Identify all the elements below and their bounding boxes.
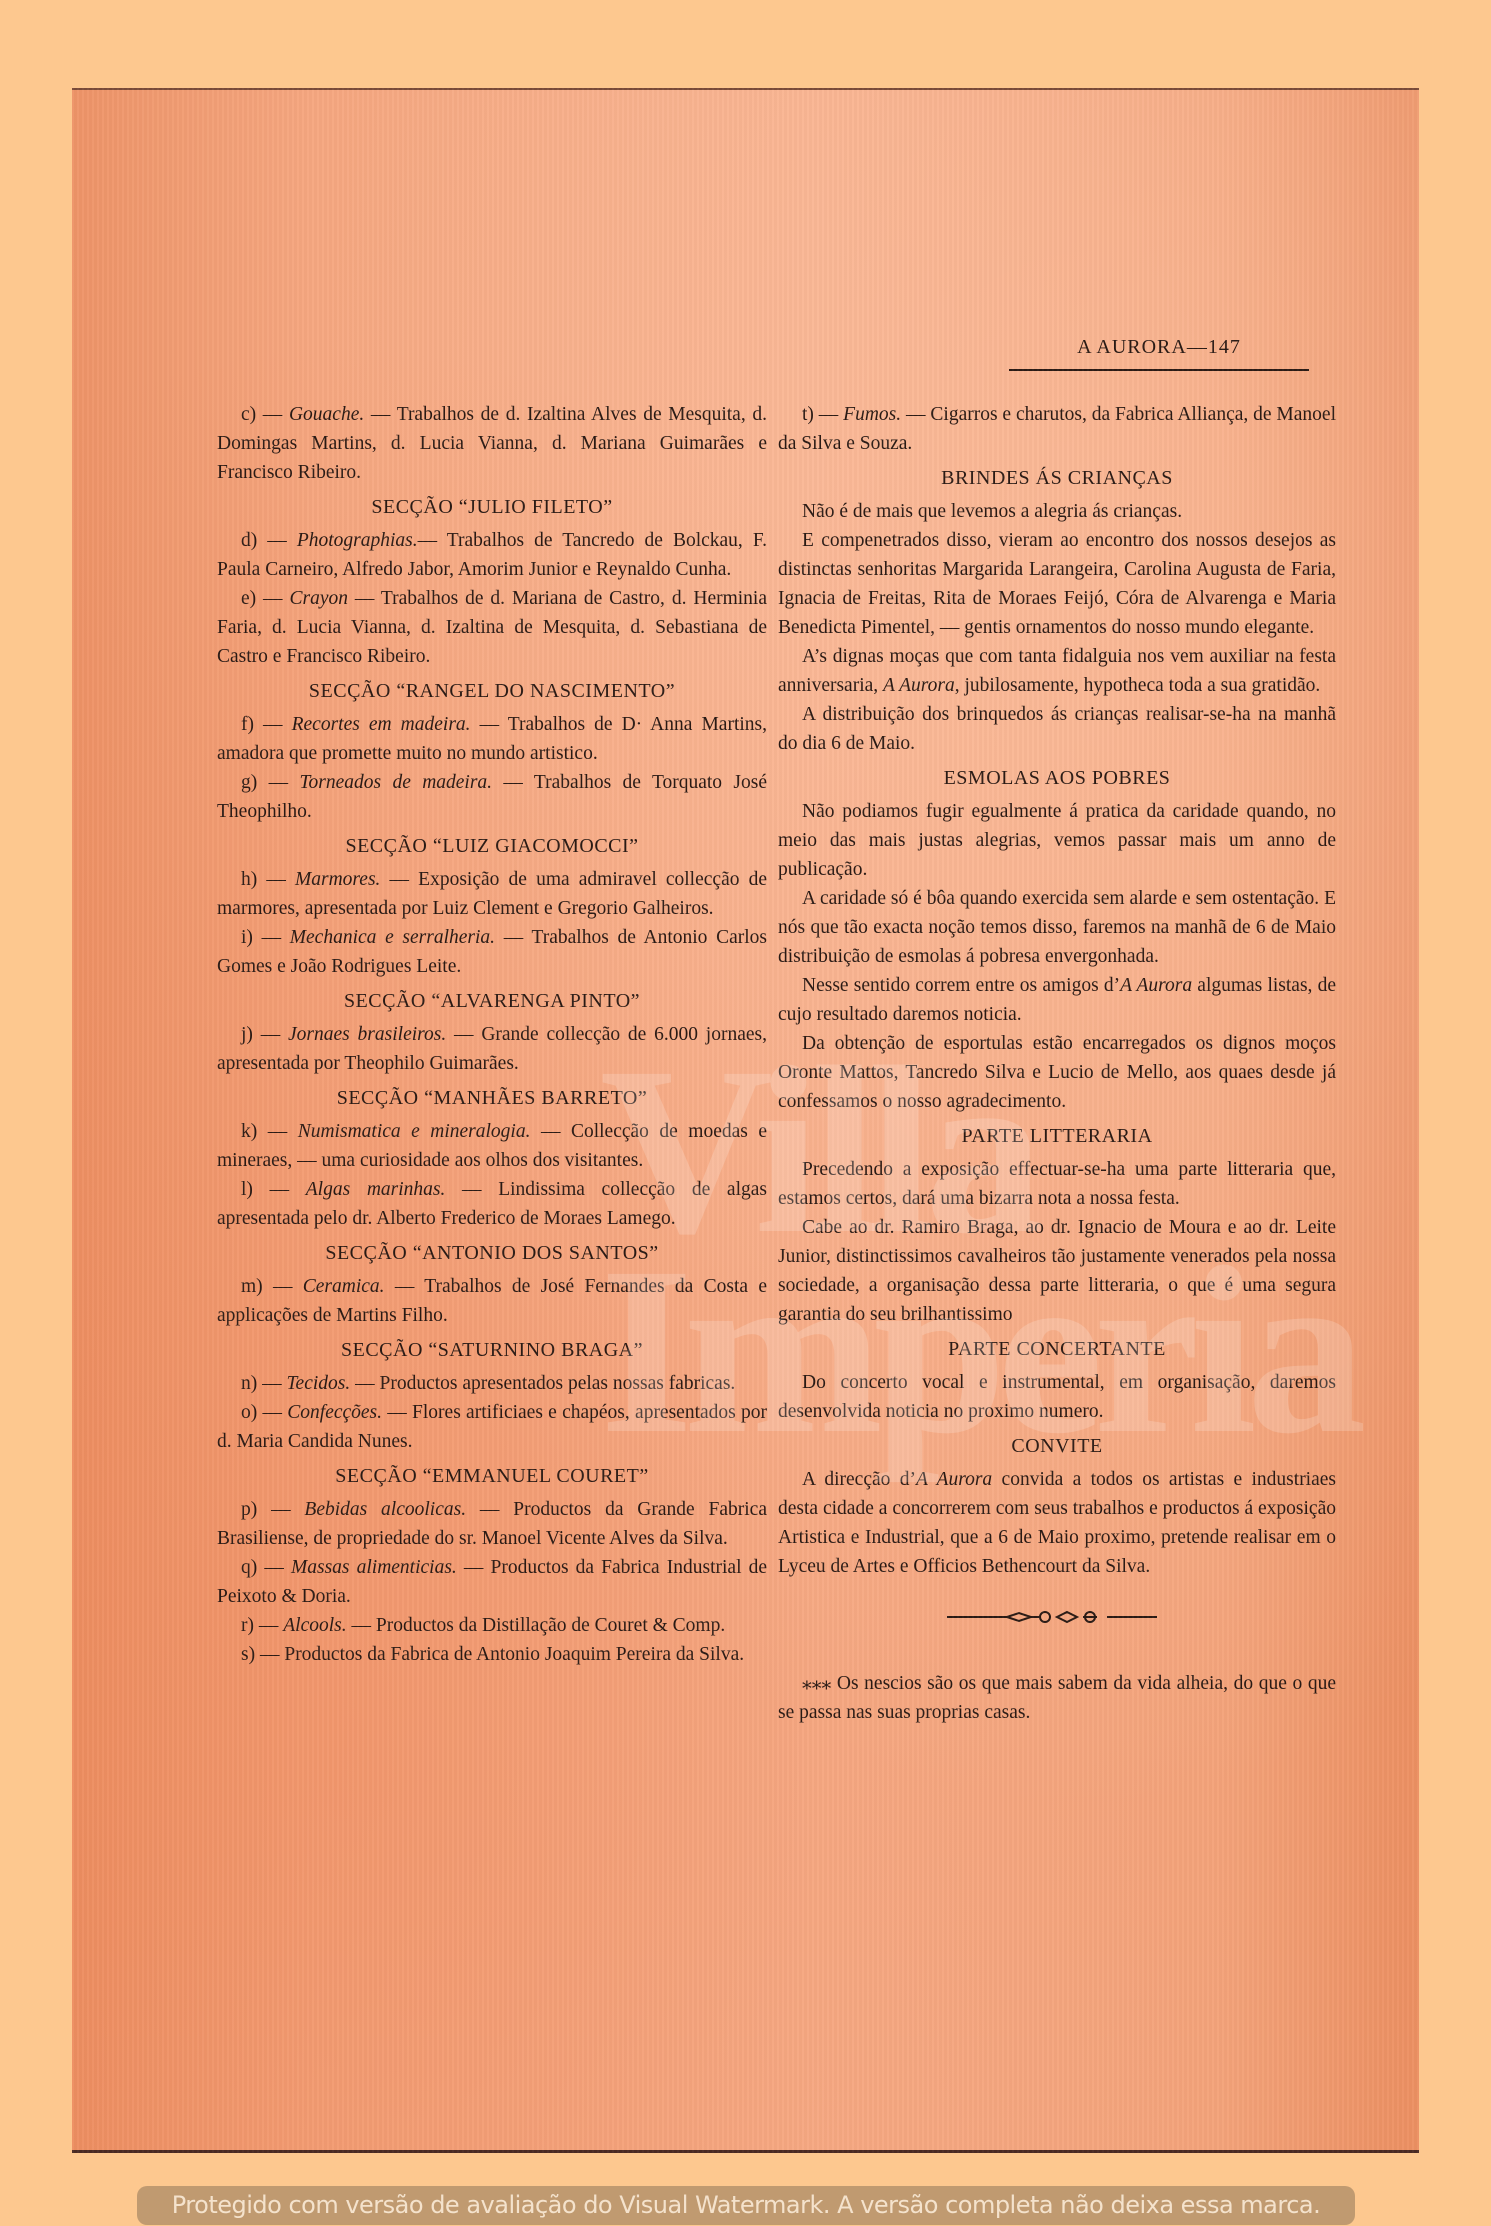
section-heading: SECÇÃO “EMMANUEL COURET”: [217, 1462, 767, 1491]
paragraph: m) — Ceramica. — Trabalhos de José Ferna…: [217, 1272, 767, 1330]
item-label: m) —: [241, 1276, 303, 1297]
paragraph: j) — Jornaes brasileiros. — Grande colle…: [217, 1020, 767, 1078]
item-text: Não é de mais que levemos a alegria ás c…: [802, 501, 1182, 522]
header-rule: [1009, 369, 1309, 371]
watermark-banner: Protegido com versão de avaliação do Vis…: [137, 2186, 1355, 2225]
item-text: E compenetrados disso, vieram ao encontr…: [778, 530, 1336, 638]
paragraph: r) — Alcools. — Productos da Distillação…: [217, 1611, 767, 1640]
paragraph: q) — Massas alimenticias. — Productos da…: [217, 1553, 767, 1611]
item-text: Nesse sentido correm entre os amigos d’: [802, 975, 1120, 996]
left-column: c) — Gouache. — Trabalhos de d. Izaltina…: [217, 400, 767, 1669]
item-text: A distribuição dos brinquedos ás criança…: [778, 704, 1336, 754]
item-label: n) —: [241, 1373, 287, 1394]
item-term: Crayon: [289, 588, 348, 609]
paragraph: d) — Photographias.— Trabalhos de Tancre…: [217, 526, 767, 584]
item-label: c) —: [241, 404, 289, 425]
item-label: s) —: [241, 1644, 284, 1665]
publication-name: A Aurora: [1120, 975, 1192, 996]
item-label: q) —: [241, 1557, 291, 1578]
paragraph: Da obtenção de esportulas estão encarreg…: [778, 1029, 1336, 1116]
item-text: Do concerto vocal e instrumental, em org…: [778, 1372, 1336, 1422]
paragraph: i) — Mechanica e serralheria. — Trabalho…: [217, 923, 767, 981]
item-term: Algas marinhas.: [306, 1179, 446, 1200]
section-heading: ESMOLAS AOS POBRES: [778, 764, 1336, 793]
paragraph: p) — Bebidas alcoolicas. — Productos da …: [217, 1495, 767, 1553]
item-text: Productos da Fabrica de Antonio Joaquim …: [284, 1644, 744, 1665]
section-heading: SECÇÃO “MANHÃES BARRETO”: [217, 1084, 767, 1113]
item-label: d) —: [241, 530, 297, 551]
paragraph: A’s dignas moças que com tanta fidalguia…: [778, 642, 1336, 700]
paragraph: k) — Numismatica e mineralogia. — Collec…: [217, 1117, 767, 1175]
paragraph: h) — Marmores. — Exposição de uma admira…: [217, 865, 767, 923]
section-heading: SECÇÃO “SATURNINO BRAGA”: [217, 1336, 767, 1365]
section-heading: SECÇÃO “JULIO FILETO”: [217, 493, 767, 522]
item-label: k) —: [241, 1121, 298, 1142]
item-label: p) —: [241, 1499, 304, 1520]
item-term: Photographias.: [297, 530, 418, 551]
item-term: Numismatica e mineralogia.: [298, 1121, 531, 1142]
item-text: A caridade só é bôa quando exercida sem …: [778, 888, 1336, 967]
publication-name: A Aurora: [916, 1469, 992, 1490]
paragraph: Cabe ao dr. Ramiro Braga, ao dr. Ignacio…: [778, 1213, 1336, 1329]
item-term: Tecidos.: [287, 1373, 351, 1394]
item-label: i) —: [241, 927, 290, 948]
item-label: g) —: [241, 772, 299, 793]
paragraph: o) — Confecções. — Flores artificiaes e …: [217, 1398, 767, 1456]
paragraph: ⁎⁎⁎ Os nescios são os que mais sabem da …: [778, 1669, 1336, 1727]
item-label: l) —: [241, 1179, 306, 1200]
item-term: Massas alimenticias.: [291, 1557, 457, 1578]
item-text: — Productos apresentados pelas nossas fa…: [350, 1373, 735, 1394]
page-header: A AURORA—147: [1009, 336, 1309, 359]
item-text: Da obtenção de esportulas estão encarreg…: [778, 1033, 1336, 1112]
section-heading: CONVITE: [778, 1432, 1336, 1461]
scanned-page: A AURORA—147 c) — Gouache. — Trabalhos d…: [72, 88, 1419, 2153]
item-label: r) —: [241, 1615, 283, 1636]
item-text: Os nescios são os que mais sabem da vida…: [778, 1673, 1336, 1723]
paragraph: g) — Torneados de madeira. — Trabalhos d…: [217, 768, 767, 826]
item-label: f) —: [241, 714, 292, 735]
item-term: Torneados de madeira.: [299, 772, 492, 793]
publication-name: A Aurora: [883, 675, 955, 696]
paragraph: Precedendo a exposição effectuar-se-ha u…: [778, 1155, 1336, 1213]
item-text: Precedendo a exposição effectuar-se-ha u…: [778, 1159, 1336, 1209]
paragraph: E compenetrados disso, vieram ao encontr…: [778, 526, 1336, 642]
ornament-divider-icon: [947, 1609, 1167, 1625]
paragraph: l) — Algas marinhas. — Lindissima collec…: [217, 1175, 767, 1233]
paragraph: c) — Gouache. — Trabalhos de d. Izaltina…: [217, 400, 767, 487]
item-text: Cabe ao dr. Ramiro Braga, ao dr. Ignacio…: [778, 1217, 1336, 1325]
paragraph: A direcção d’A Aurora convida a todos os…: [778, 1465, 1336, 1581]
section-heading: PARTE LITTERARIA: [778, 1122, 1336, 1151]
item-label: h) —: [241, 869, 295, 890]
item-label: j) —: [241, 1024, 288, 1045]
item-label: ⁎⁎⁎: [802, 1673, 837, 1694]
item-text: — Productos da Distillação de Couret & C…: [347, 1615, 726, 1636]
right-column: t) — Fumos. — Cigarros e charutos, da Fa…: [778, 400, 1336, 1727]
item-term: Fumos.: [843, 404, 901, 425]
paragraph: Nesse sentido correm entre os amigos d’A…: [778, 971, 1336, 1029]
item-text: A direcção d’: [802, 1469, 916, 1490]
item-term: Jornaes brasileiros.: [288, 1024, 446, 1045]
item-term: Recortes em madeira.: [292, 714, 471, 735]
item-label: t) —: [802, 404, 843, 425]
section-heading: PARTE CONCERTANTE: [778, 1335, 1336, 1364]
item-term: Ceramica.: [303, 1276, 385, 1297]
paragraph: Não é de mais que levemos a alegria ás c…: [778, 497, 1336, 526]
item-term: Bebidas alcoolicas.: [304, 1499, 466, 1520]
item-label: e) —: [241, 588, 289, 609]
paragraph: f) — Recortes em madeira. — Trabalhos de…: [217, 710, 767, 768]
item-text: Não podiamos fugir egualmente á pratica …: [778, 801, 1336, 880]
item-text: , jubilosamente, hypotheca toda a sua gr…: [955, 675, 1321, 696]
item-term: Marmores.: [295, 869, 380, 890]
item-term: Alcools.: [283, 1615, 346, 1636]
item-label: o) —: [241, 1402, 287, 1423]
paragraph: Não podiamos fugir egualmente á pratica …: [778, 797, 1336, 884]
paragraph: t) — Fumos. — Cigarros e charutos, da Fa…: [778, 400, 1336, 458]
paragraph: s) — Productos da Fabrica de Antonio Joa…: [217, 1640, 767, 1669]
section-heading: SECÇÃO “LUIZ GIACOMOCCI”: [217, 832, 767, 861]
item-term: Gouache.: [289, 404, 364, 425]
paragraph: e) — Crayon — Trabalhos de d. Mariana de…: [217, 584, 767, 671]
section-heading: SECÇÃO “ANTONIO DOS SANTOS”: [217, 1239, 767, 1268]
paragraph: A caridade só é bôa quando exercida sem …: [778, 884, 1336, 971]
section-heading: SECÇÃO “ALVARENGA PINTO”: [217, 987, 767, 1016]
section-heading: SECÇÃO “RANGEL DO NASCIMENTO”: [217, 677, 767, 706]
item-term: Confecções.: [287, 1402, 382, 1423]
paragraph: Do concerto vocal e instrumental, em org…: [778, 1368, 1336, 1426]
section-heading: BRINDES ÁS CRIANÇAS: [778, 464, 1336, 493]
item-term: Mechanica e serralheria.: [290, 927, 495, 948]
paragraph: A distribuição dos brinquedos ás criança…: [778, 700, 1336, 758]
paragraph: n) — Tecidos. — Productos apresentados p…: [217, 1369, 767, 1398]
